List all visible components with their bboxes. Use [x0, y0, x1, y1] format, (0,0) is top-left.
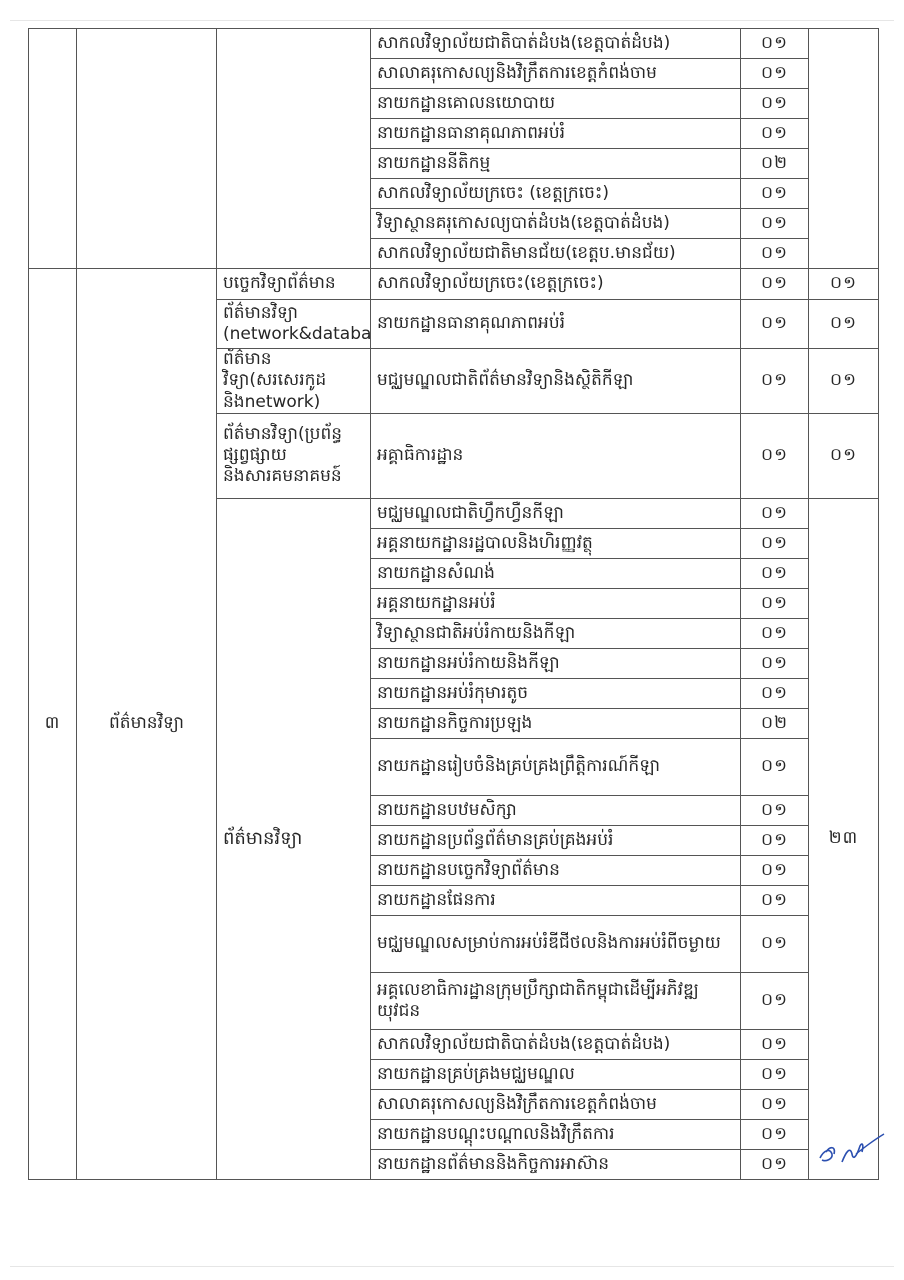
- specialization-name: ព័ត៌មានវិទ្យា: [217, 498, 371, 1179]
- unit-count: ០១: [741, 209, 809, 239]
- unit-name: សាលាគរុកោសល្យនិងវិក្រឹតការខេត្តកំពង់ចាម: [371, 59, 741, 89]
- specialization-total: ០១: [809, 349, 879, 414]
- specialization-total: ២៣: [809, 498, 879, 1179]
- unit-name: សាលាគរុកោសល្យនិងវិក្រឹតការខេត្តកំពង់ចាម: [371, 1089, 741, 1119]
- specialization-total: ០១: [809, 300, 879, 349]
- unit-name: មជ្ឈមណ្ឌលជាតិព័ត៌មានវិទ្យានិងស្ថិតិកីឡា: [371, 349, 741, 414]
- unit-name: សាកលវិទ្យាល័យជាតិមានជ័យ(ខេត្តប.មានជ័យ): [371, 239, 741, 269]
- unit-count: ០១: [741, 89, 809, 119]
- section-category: ព័ត៌មានវិទ្យា: [77, 269, 217, 1180]
- specialization-name: ព័ត៌មានវិទ្យា(សរសេរកូដនិងnetwork): [217, 349, 371, 414]
- unit-count: ០១: [741, 915, 809, 972]
- scan-edge-bottom: [10, 1266, 894, 1267]
- unit-name: នាយកដ្ឋានគ្រប់គ្រងមជ្ឈមណ្ឌល: [371, 1059, 741, 1089]
- unit-name: នាយកដ្ឋានគោលនយោបាយ: [371, 89, 741, 119]
- unit-name: អគ្គនាយកដ្ឋានរដ្ឋបាលនិងហិរញ្ញវត្ថុ: [371, 528, 741, 558]
- unit-count: ០១: [741, 29, 809, 59]
- document-page: សាកលវិទ្យាល័យជាតិបាត់ដំបង(ខេត្តបាត់ដំបង)…: [0, 0, 904, 1280]
- unit-count: ០១: [741, 825, 809, 855]
- unit-count: ០១: [741, 349, 809, 414]
- unit-count: ០១: [741, 972, 809, 1029]
- specialization-total: ០១: [809, 269, 879, 300]
- specialization-cell-continued: [217, 29, 371, 269]
- unit-name: សាកលវិទ្យាល័យក្រចេះ(ខេត្តក្រចេះ): [371, 269, 741, 300]
- unit-name: នាយកដ្ឋានប្រព័ន្ធព័ត៌មានគ្រប់គ្រងអប់រំ: [371, 825, 741, 855]
- specialization-name: ព័ត៌មានវិទ្យា (network&database): [217, 300, 371, 349]
- unit-name: នាយកដ្ឋានសំណង់: [371, 558, 741, 588]
- specialization-name: ព័ត៌មានវិទ្យា(ប្រព័ន្ធផ្សព្វផ្សាយនិងសារគ…: [217, 413, 371, 498]
- unit-count: ០១: [741, 1089, 809, 1119]
- unit-name: នាយកដ្ឋានរៀបចំនិងគ្រប់គ្រងព្រឹត្តិការណ៍ក…: [371, 738, 741, 795]
- table-row: សាកលវិទ្យាល័យជាតិបាត់ដំបង(ខេត្តបាត់ដំបង)…: [29, 29, 879, 59]
- unit-name: នាយកដ្ឋានកិច្ចការប្រឡង: [371, 708, 741, 738]
- scan-edge-top: [10, 20, 894, 21]
- unit-count: ០១: [741, 678, 809, 708]
- unit-count: ០១: [741, 1149, 809, 1179]
- unit-name: នាយកដ្ឋានអប់រំកុមារតូច: [371, 678, 741, 708]
- unit-name: នាយកដ្ឋានបឋមសិក្សា: [371, 795, 741, 825]
- unit-count: ០១: [741, 1029, 809, 1059]
- unit-count: ០១: [741, 179, 809, 209]
- unit-name: សាកលវិទ្យាល័យក្រចេះ (ខេត្តក្រចេះ): [371, 179, 741, 209]
- unit-name: នាយកដ្ឋានធានាគុណភាពអប់រំ: [371, 300, 741, 349]
- unit-count: ០១: [741, 738, 809, 795]
- unit-name: នាយកដ្ឋានផែនការ: [371, 885, 741, 915]
- category-cell-continued: [77, 29, 217, 269]
- unit-name: នាយកដ្ឋានព័ត៌មាននិងកិច្ចការអាស៊ាន: [371, 1149, 741, 1179]
- unit-count: ០១: [741, 59, 809, 89]
- unit-name: អគ្គាធិការដ្ឋាន: [371, 413, 741, 498]
- unit-count: ០១: [741, 528, 809, 558]
- unit-count: ០១: [741, 300, 809, 349]
- specialization-name: បច្ចេកវិទ្យាព័ត៌មាន: [217, 269, 371, 300]
- unit-name: សាកលវិទ្យាល័យជាតិបាត់ដំបង(ខេត្តបាត់ដំបង): [371, 1029, 741, 1059]
- unit-name: អគ្គលេខាធិការដ្ឋានក្រុមប្រឹក្សាជាតិកម្ពុ…: [371, 972, 741, 1029]
- section-number: ៣: [29, 269, 77, 1180]
- table-row: ៣ព័ត៌មានវិទ្យាបច្ចេកវិទ្យាព័ត៌មានសាកលវិទ…: [29, 269, 879, 300]
- unit-count: ០១: [741, 855, 809, 885]
- unit-count: ០២: [741, 149, 809, 179]
- unit-name: វិទ្យាស្ថានជាតិអប់រំកាយនិងកីឡា: [371, 618, 741, 648]
- unit-name: មជ្ឈមណ្ឌលជាតិហ្វឹកហ្វឺនកីឡា: [371, 498, 741, 528]
- unit-name: នាយកដ្ឋានបណ្តុះបណ្តាលនិងវិក្រឹតការ: [371, 1119, 741, 1149]
- unit-count: ០១: [741, 1119, 809, 1149]
- allocation-table: សាកលវិទ្យាល័យជាតិបាត់ដំបង(ខេត្តបាត់ដំបង)…: [28, 28, 879, 1180]
- specialization-total: ០១: [809, 413, 879, 498]
- unit-count: ០១: [741, 498, 809, 528]
- unit-count: ០១: [741, 413, 809, 498]
- unit-count: ០១: [741, 885, 809, 915]
- unit-name: នាយកដ្ឋានអប់រំកាយនិងកីឡា: [371, 648, 741, 678]
- total-cell-continued: [809, 29, 879, 269]
- unit-count: ០២: [741, 708, 809, 738]
- unit-count: ០១: [741, 1059, 809, 1089]
- unit-name: អគ្គនាយកដ្ឋានអប់រំ: [371, 588, 741, 618]
- unit-count: ០១: [741, 119, 809, 149]
- unit-name: នាយកដ្ឋានធានាគុណភាពអប់រំ: [371, 119, 741, 149]
- number-cell-continued: [29, 29, 77, 269]
- unit-count: ០១: [741, 269, 809, 300]
- unit-name: សាកលវិទ្យាល័យជាតិបាត់ដំបង(ខេត្តបាត់ដំបង): [371, 29, 741, 59]
- unit-count: ០១: [741, 558, 809, 588]
- unit-count: ០១: [741, 588, 809, 618]
- unit-name: នាយកដ្ឋាននីតិកម្ម: [371, 149, 741, 179]
- unit-name: មជ្ឈមណ្ឌលសម្រាប់ការអប់រំឌីជីថលនិងការអប់រ…: [371, 915, 741, 972]
- signature-icon: [816, 1132, 886, 1166]
- unit-count: ០១: [741, 618, 809, 648]
- unit-count: ០១: [741, 795, 809, 825]
- unit-name: នាយកដ្ឋានបច្ចេកវិទ្យាព័ត៌មាន: [371, 855, 741, 885]
- unit-name: វិទ្យាស្ថានគរុកោសល្យបាត់ដំបង(ខេត្តបាត់ដំ…: [371, 209, 741, 239]
- unit-count: ០១: [741, 239, 809, 269]
- unit-count: ០១: [741, 648, 809, 678]
